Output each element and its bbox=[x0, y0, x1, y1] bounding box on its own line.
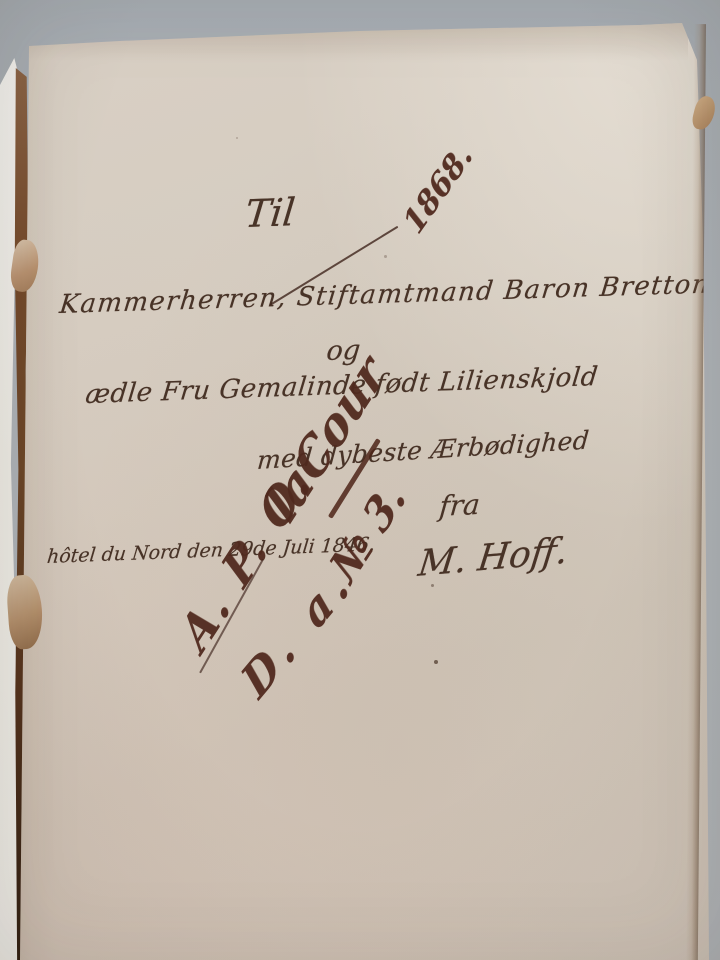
dedication-recipient-line: Kammerherren, Stiftamtmand Baron Bretton bbox=[58, 269, 712, 320]
flyleaf-page: Til Kammerherren, Stiftamtmand Baron Bre… bbox=[0, 0, 720, 960]
paper-speck bbox=[384, 255, 387, 258]
dedication-signature: M. Hoff. bbox=[416, 530, 570, 585]
book-flyleaf-photo: Til Kammerherren, Stiftamtmand Baron Bre… bbox=[0, 0, 720, 960]
page-top-shading bbox=[28, 22, 688, 68]
dedication-from-word: fra bbox=[438, 488, 481, 523]
paper-speck bbox=[431, 584, 434, 587]
dedication-salutation: Til bbox=[243, 190, 297, 236]
ownership-year: 1868. bbox=[397, 138, 480, 241]
paper-speck bbox=[236, 137, 238, 139]
paper-speck bbox=[434, 660, 438, 664]
